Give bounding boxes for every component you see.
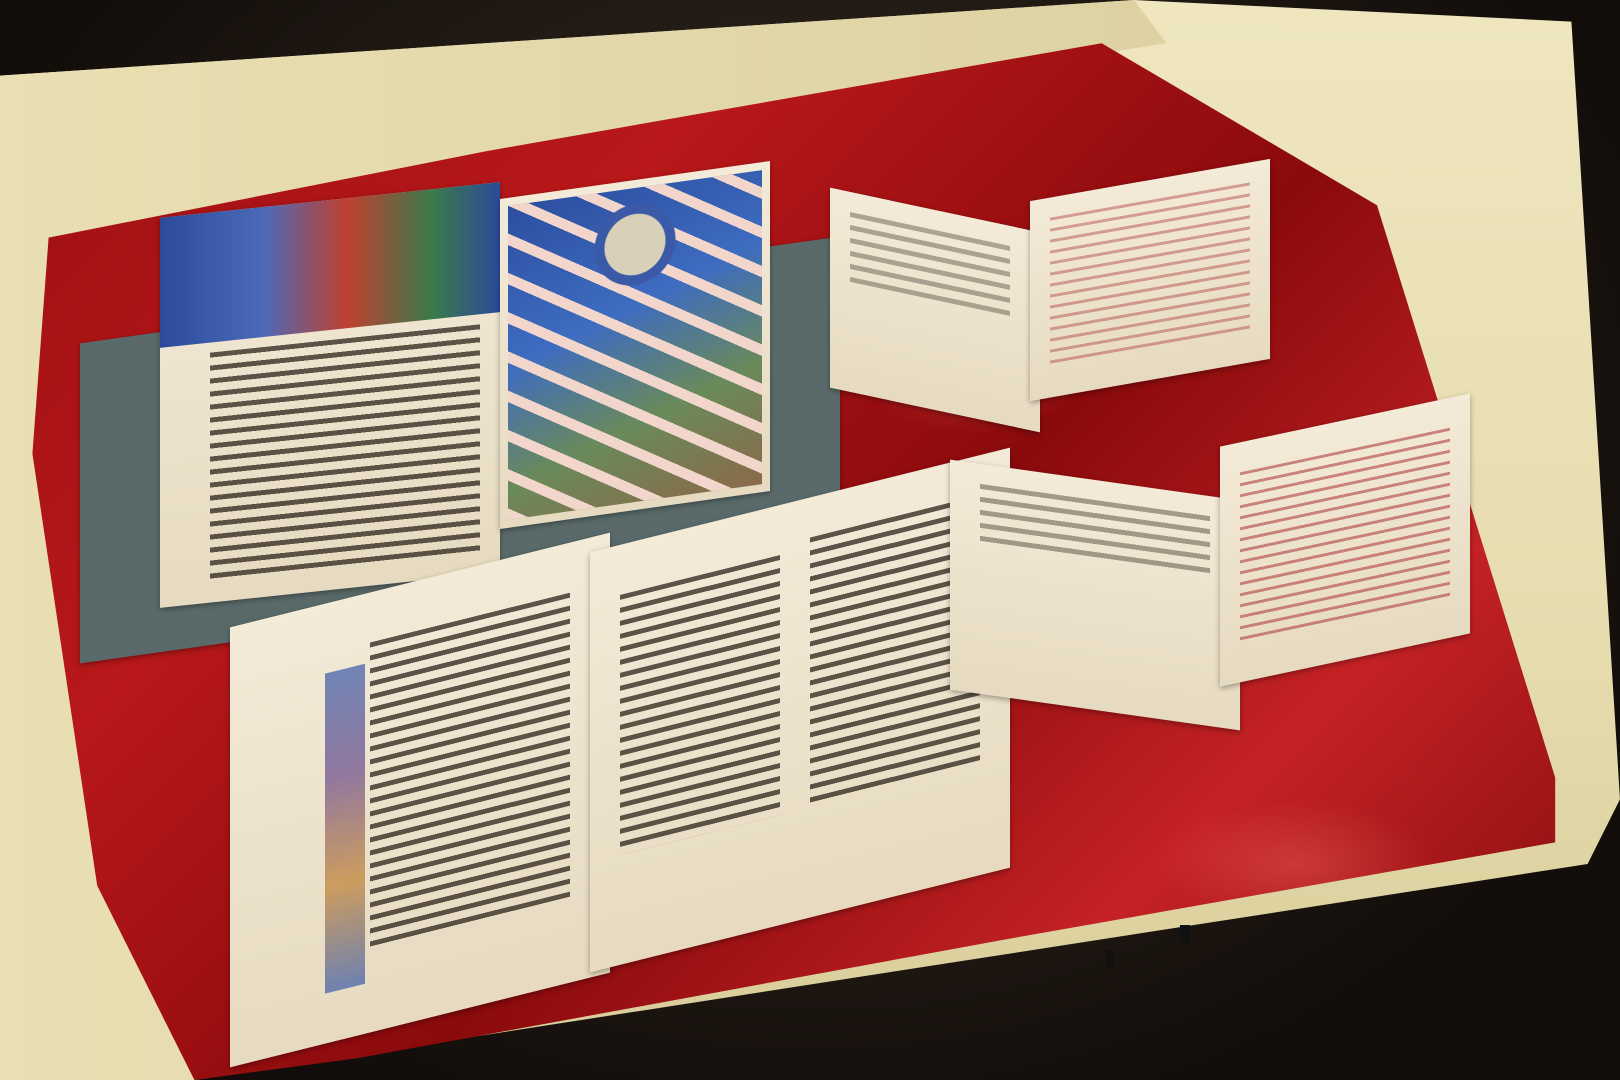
blackletter-column (620, 555, 780, 855)
script-text (1240, 428, 1450, 643)
right-page (1220, 393, 1470, 686)
manuscript-bottom-right (930, 400, 1530, 740)
lock-slot (1180, 925, 1190, 943)
lock-slot (1105, 950, 1115, 968)
script-text (850, 212, 1010, 316)
right-page (1030, 159, 1270, 401)
illuminated-banner (160, 182, 500, 348)
left-page (950, 460, 1240, 731)
display-case (0, 0, 1620, 1080)
script-text (980, 484, 1210, 576)
right-page (500, 161, 770, 529)
decorated-initial (325, 664, 365, 994)
miniature-painting (508, 170, 762, 520)
blackletter-column (370, 593, 570, 953)
script-text (1050, 182, 1250, 367)
left-page (230, 533, 610, 1068)
left-page (830, 188, 1040, 433)
